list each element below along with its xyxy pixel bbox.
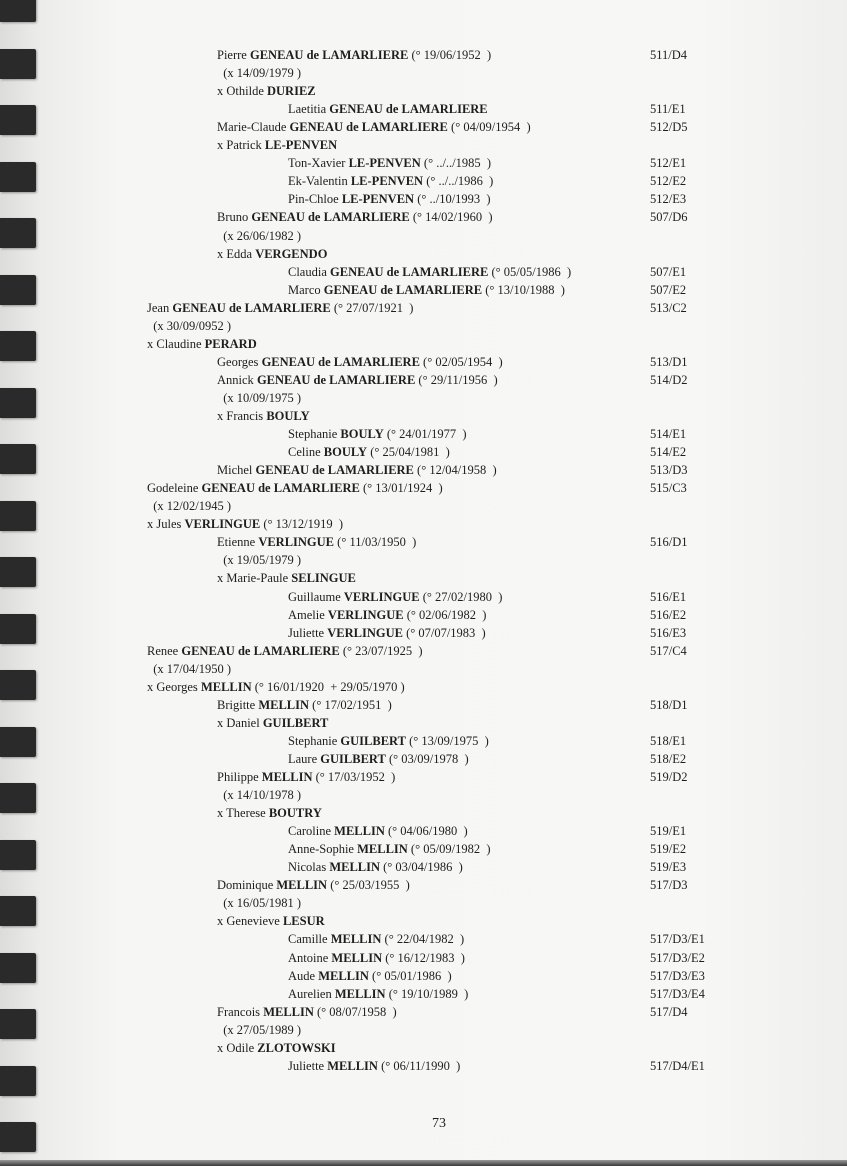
dates: (x 10/09/1975 ) bbox=[217, 391, 301, 405]
entry-text: Marco GENEAU de LAMARLIERE (° 13/10/1988… bbox=[288, 281, 565, 299]
dates: (° 13/10/1988 ) bbox=[482, 283, 565, 297]
entry-text: Godeleine GENEAU de LAMARLIERE (° 13/01/… bbox=[147, 479, 443, 497]
genealogy-entry: (x 19/05/1979 ) bbox=[0, 551, 847, 569]
entry-text: Ek-Valentin LE-PENVEN (° ../../1986 ) bbox=[288, 172, 493, 190]
given-name: Philippe bbox=[217, 770, 259, 784]
genealogy-entry: x Francis BOULY bbox=[0, 407, 847, 425]
entry-text: x Therese BOUTRY bbox=[217, 804, 322, 822]
dates: (x 17/04/1950 ) bbox=[147, 662, 231, 676]
entry-text: Philippe MELLIN (° 17/03/1952 ) bbox=[217, 768, 395, 786]
given-name: Juliette bbox=[288, 626, 324, 640]
dates: (° 04/09/1954 ) bbox=[448, 120, 531, 134]
genealogy-entry: (x 14/10/1978 ) bbox=[0, 786, 847, 804]
dates: (° 17/02/1951 ) bbox=[309, 698, 392, 712]
dates: (° 06/11/1990 ) bbox=[378, 1059, 460, 1073]
given-name: Stephanie bbox=[288, 734, 337, 748]
dates: (° 02/06/1982 ) bbox=[404, 608, 487, 622]
entry-text: x Francis BOULY bbox=[217, 407, 310, 425]
entry-text: x Georges MELLIN (° 16/01/1920 + 29/05/1… bbox=[147, 678, 405, 696]
surname: GENEAU de LAMARLIERE bbox=[172, 301, 330, 315]
given-name: Juliette bbox=[288, 1059, 324, 1073]
dates: (° ../../1986 ) bbox=[423, 174, 493, 188]
genealogy-entry: (x 16/05/1981 ) bbox=[0, 894, 847, 912]
surname: BOULY bbox=[324, 445, 367, 459]
entry-text: (x 26/06/1982 ) bbox=[217, 227, 301, 245]
dates: (x 30/09/0952 ) bbox=[147, 319, 231, 333]
genealogy-entry: (x 14/09/1979 ) bbox=[0, 64, 847, 82]
genealogy-entry: x Georges MELLIN (° 16/01/1920 + 29/05/1… bbox=[0, 678, 847, 696]
reference-code: 514/D2 bbox=[650, 371, 688, 389]
genealogy-entry: Marie-Claude GENEAU de LAMARLIERE (° 04/… bbox=[0, 118, 847, 136]
dates: (x 14/09/1979 ) bbox=[217, 66, 301, 80]
entry-text: Bruno GENEAU de LAMARLIERE (° 14/02/1960… bbox=[217, 208, 493, 226]
entry-text: Juliette VERLINGUE (° 07/07/1983 ) bbox=[288, 624, 486, 642]
genealogy-entry: Juliette VERLINGUE (° 07/07/1983 )516/E3 bbox=[0, 624, 847, 642]
given-name: Etienne bbox=[217, 535, 255, 549]
given-name: Antoine bbox=[288, 951, 328, 965]
genealogy-entry: Annick GENEAU de LAMARLIERE (° 29/11/195… bbox=[0, 371, 847, 389]
reference-code: 517/D3/E3 bbox=[650, 967, 705, 985]
genealogy-entry: Laure GUILBERT (° 03/09/1978 )518/E2 bbox=[0, 750, 847, 768]
document-page: Pierre GENEAU de LAMARLIERE (° 19/06/195… bbox=[0, 0, 847, 1166]
given-name: Stephanie bbox=[288, 427, 337, 441]
reference-code: 518/E1 bbox=[650, 732, 686, 750]
entry-text: Jean GENEAU de LAMARLIERE (° 27/07/1921 … bbox=[147, 299, 413, 317]
genealogy-entry: Anne-Sophie MELLIN (° 05/09/1982 )519/E2 bbox=[0, 840, 847, 858]
binding-ring bbox=[0, 0, 36, 22]
genealogy-entry: Bruno GENEAU de LAMARLIERE (° 14/02/1960… bbox=[0, 208, 847, 226]
entry-text: Aude MELLIN (° 05/01/1986 ) bbox=[288, 967, 452, 985]
genealogy-entry: Etienne VERLINGUE (° 11/03/1950 )516/D1 bbox=[0, 533, 847, 551]
entry-text: x Jules VERLINGUE (° 13/12/1919 ) bbox=[147, 515, 343, 533]
given-name: Georges bbox=[217, 355, 258, 369]
given-name: x Francis bbox=[217, 409, 263, 423]
surname: VERLINGUE bbox=[185, 517, 261, 531]
given-name: x Therese bbox=[217, 806, 266, 820]
entry-text: x Patrick LE-PENVEN bbox=[217, 136, 337, 154]
surname: MELLIN bbox=[331, 932, 382, 946]
surname: LE-PENVEN bbox=[349, 156, 421, 170]
page-number: 73 bbox=[432, 1116, 446, 1132]
reference-code: 514/E2 bbox=[650, 443, 686, 461]
given-name: Aurelien bbox=[288, 987, 332, 1001]
surname: MELLIN bbox=[327, 1059, 378, 1073]
genealogy-entry: Aude MELLIN (° 05/01/1986 )517/D3/E3 bbox=[0, 967, 847, 985]
genealogy-entry: x Marie-Paule SELINGUE bbox=[0, 569, 847, 587]
entry-text: (x 10/09/1975 ) bbox=[217, 389, 301, 407]
dates: (° 19/10/1989 ) bbox=[386, 987, 469, 1001]
genealogy-entry: Celine BOULY (° 25/04/1981 )514/E2 bbox=[0, 443, 847, 461]
surname: GENEAU de LAMARLIERE bbox=[202, 481, 360, 495]
given-name: x Daniel bbox=[217, 716, 260, 730]
entry-text: Caroline MELLIN (° 04/06/1980 ) bbox=[288, 822, 468, 840]
genealogy-entry: (x 17/04/1950 ) bbox=[0, 660, 847, 678]
dates: (° 03/09/1978 ) bbox=[386, 752, 469, 766]
genealogy-entry: Aurelien MELLIN (° 19/10/1989 )517/D3/E4 bbox=[0, 985, 847, 1003]
given-name: Pin-Chloe bbox=[288, 192, 339, 206]
given-name: x Jules bbox=[147, 517, 181, 531]
genealogy-entry: Nicolas MELLIN (° 03/04/1986 )519/E3 bbox=[0, 858, 847, 876]
genealogy-entry: Philippe MELLIN (° 17/03/1952 )519/D2 bbox=[0, 768, 847, 786]
dates: (° 04/06/1980 ) bbox=[385, 824, 468, 838]
reference-code: 517/C4 bbox=[650, 642, 687, 660]
given-name: x Genevieve bbox=[217, 914, 280, 928]
dates: (° 24/01/1977 ) bbox=[384, 427, 467, 441]
given-name: Nicolas bbox=[288, 860, 326, 874]
surname: GENEAU de LAMARLIERE bbox=[256, 463, 414, 477]
genealogy-entry: Claudia GENEAU de LAMARLIERE (° 05/05/19… bbox=[0, 263, 847, 281]
genealogy-entry: x Patrick LE-PENVEN bbox=[0, 136, 847, 154]
dates: (° 12/04/1958 ) bbox=[414, 463, 497, 477]
reference-code: 516/E2 bbox=[650, 606, 686, 624]
surname: MELLIN bbox=[329, 860, 380, 874]
dates: (° 29/11/1956 ) bbox=[415, 373, 497, 387]
entry-text: x Genevieve LESUR bbox=[217, 912, 325, 930]
entry-text: Pierre GENEAU de LAMARLIERE (° 19/06/195… bbox=[217, 46, 491, 64]
entry-text: Dominique MELLIN (° 25/03/1955 ) bbox=[217, 876, 410, 894]
reference-code: 514/E1 bbox=[650, 425, 686, 443]
given-name: Brigitte bbox=[217, 698, 255, 712]
surname: GUILBERT bbox=[340, 734, 406, 748]
given-name: Marie-Claude bbox=[217, 120, 286, 134]
surname: MELLIN bbox=[262, 770, 313, 784]
given-name: Claudia bbox=[288, 265, 327, 279]
genealogy-entry: Stephanie GUILBERT (° 13/09/1975 )518/E1 bbox=[0, 732, 847, 750]
entry-text: Ton-Xavier LE-PENVEN (° ../../1985 ) bbox=[288, 154, 491, 172]
surname: VERLINGUE bbox=[258, 535, 334, 549]
reference-code: 513/C2 bbox=[650, 299, 687, 317]
reference-code: 519/D2 bbox=[650, 768, 688, 786]
dates: (° 05/05/1986 ) bbox=[488, 265, 571, 279]
genealogy-entry: Guillaume VERLINGUE (° 27/02/1980 )516/E… bbox=[0, 588, 847, 606]
genealogy-entry: x Daniel GUILBERT bbox=[0, 714, 847, 732]
genealogy-entry: Renee GENEAU de LAMARLIERE (° 23/07/1925… bbox=[0, 642, 847, 660]
entry-text: x Claudine PERARD bbox=[147, 335, 257, 353]
surname: LESUR bbox=[283, 914, 325, 928]
genealogy-entry: Georges GENEAU de LAMARLIERE (° 02/05/19… bbox=[0, 353, 847, 371]
reference-code: 517/D4/E1 bbox=[650, 1057, 705, 1075]
given-name: Pierre bbox=[217, 48, 247, 62]
genealogy-entry: x Odile ZLOTOWSKI bbox=[0, 1039, 847, 1057]
given-name: Dominique bbox=[217, 878, 273, 892]
given-name: x Patrick bbox=[217, 138, 262, 152]
reference-code: 517/D3/E1 bbox=[650, 930, 705, 948]
surname: MELLIN bbox=[318, 969, 369, 983]
genealogy-entry: Stephanie BOULY (° 24/01/1977 )514/E1 bbox=[0, 425, 847, 443]
dates: (° 19/06/1952 ) bbox=[408, 48, 491, 62]
given-name: x Claudine bbox=[147, 337, 202, 351]
surname: MELLIN bbox=[357, 842, 408, 856]
entry-text: (x 14/09/1979 ) bbox=[217, 64, 301, 82]
surname: BOULY bbox=[340, 427, 383, 441]
surname: GENEAU de LAMARLIERE bbox=[262, 355, 420, 369]
binding-ring bbox=[0, 1122, 36, 1152]
genealogy-entry: (x 27/05/1989 ) bbox=[0, 1021, 847, 1039]
reference-code: 507/E2 bbox=[650, 281, 686, 299]
entry-text: Marie-Claude GENEAU de LAMARLIERE (° 04/… bbox=[217, 118, 531, 136]
dates: (x 12/02/1945 ) bbox=[147, 499, 231, 513]
dates: (° 13/12/1919 ) bbox=[260, 517, 343, 531]
genealogy-entry: Ton-Xavier LE-PENVEN (° ../../1985 )512/… bbox=[0, 154, 847, 172]
surname: GENEAU de LAMARLIERE bbox=[329, 102, 487, 116]
reference-code: 519/E1 bbox=[650, 822, 686, 840]
given-name: Celine bbox=[288, 445, 321, 459]
genealogy-entry: Caroline MELLIN (° 04/06/1980 )519/E1 bbox=[0, 822, 847, 840]
surname: GENEAU de LAMARLIERE bbox=[290, 120, 448, 134]
surname: VERLINGUE bbox=[344, 590, 420, 604]
given-name: Marco bbox=[288, 283, 321, 297]
dates: (° 27/07/1921 ) bbox=[331, 301, 414, 315]
surname: SELINGUE bbox=[291, 571, 356, 585]
surname: GUILBERT bbox=[320, 752, 386, 766]
genealogy-entry: Marco GENEAU de LAMARLIERE (° 13/10/1988… bbox=[0, 281, 847, 299]
surname: MELLIN bbox=[263, 1005, 314, 1019]
surname: LE-PENVEN bbox=[265, 138, 337, 152]
surname: LE-PENVEN bbox=[342, 192, 414, 206]
dates: (° 23/07/1925 ) bbox=[340, 644, 423, 658]
reference-code: 519/E3 bbox=[650, 858, 686, 876]
reference-code: 516/D1 bbox=[650, 533, 688, 551]
dates: (° 14/02/1960 ) bbox=[410, 210, 493, 224]
genealogy-entry: Juliette MELLIN (° 06/11/1990 )517/D4/E1 bbox=[0, 1057, 847, 1075]
surname: GENEAU de LAMARLIERE bbox=[330, 265, 488, 279]
given-name: Aude bbox=[288, 969, 315, 983]
reference-code: 518/E2 bbox=[650, 750, 686, 768]
genealogy-entry: Ek-Valentin LE-PENVEN (° ../../1986 )512… bbox=[0, 172, 847, 190]
entry-text: Juliette MELLIN (° 06/11/1990 ) bbox=[288, 1057, 460, 1075]
dates: (x 16/05/1981 ) bbox=[217, 896, 301, 910]
given-name: Ek-Valentin bbox=[288, 174, 348, 188]
genealogy-entry: Pin-Chloe LE-PENVEN (° ../10/1993 )512/E… bbox=[0, 190, 847, 208]
entry-text: Stephanie BOULY (° 24/01/1977 ) bbox=[288, 425, 467, 443]
entry-text: Camille MELLIN (° 22/04/1982 ) bbox=[288, 930, 464, 948]
dates: (° 03/04/1986 ) bbox=[380, 860, 463, 874]
reference-code: 517/D3/E2 bbox=[650, 949, 705, 967]
entry-text: Michel GENEAU de LAMARLIERE (° 12/04/195… bbox=[217, 461, 497, 479]
surname: LE-PENVEN bbox=[351, 174, 423, 188]
entry-text: x Odile ZLOTOWSKI bbox=[217, 1039, 336, 1057]
surname: MELLIN bbox=[276, 878, 327, 892]
entry-text: Antoine MELLIN (° 16/12/1983 ) bbox=[288, 949, 465, 967]
given-name: Caroline bbox=[288, 824, 331, 838]
genealogy-entry: x Genevieve LESUR bbox=[0, 912, 847, 930]
entry-text: x Othilde DURIEZ bbox=[217, 82, 316, 100]
entry-text: (x 12/02/1945 ) bbox=[147, 497, 231, 515]
genealogy-entry: (x 26/06/1982 ) bbox=[0, 227, 847, 245]
surname: MELLIN bbox=[334, 824, 385, 838]
entry-text: Stephanie GUILBERT (° 13/09/1975 ) bbox=[288, 732, 489, 750]
genealogy-entry: Godeleine GENEAU de LAMARLIERE (° 13/01/… bbox=[0, 479, 847, 497]
entry-text: Anne-Sophie MELLIN (° 05/09/1982 ) bbox=[288, 840, 491, 858]
given-name: Guillaume bbox=[288, 590, 341, 604]
dates: (° 11/03/1950 ) bbox=[334, 535, 416, 549]
surname: VERLINGUE bbox=[327, 626, 403, 640]
dates: (° 13/09/1975 ) bbox=[406, 734, 489, 748]
genealogy-entry: Camille MELLIN (° 22/04/1982 )517/D3/E1 bbox=[0, 930, 847, 948]
dates: (° 05/01/1986 ) bbox=[369, 969, 452, 983]
surname: ZLOTOWSKI bbox=[257, 1041, 335, 1055]
entry-text: x Edda VERGENDO bbox=[217, 245, 327, 263]
given-name: Annick bbox=[217, 373, 254, 387]
surname: VERLINGUE bbox=[328, 608, 404, 622]
entry-text: (x 17/04/1950 ) bbox=[147, 660, 231, 678]
genealogy-entry: Francois MELLIN (° 08/07/1958 )517/D4 bbox=[0, 1003, 847, 1021]
genealogy-entry: Michel GENEAU de LAMARLIERE (° 12/04/195… bbox=[0, 461, 847, 479]
given-name: Jean bbox=[147, 301, 169, 315]
surname: MELLIN bbox=[201, 680, 252, 694]
entry-text: Laure GUILBERT (° 03/09/1978 ) bbox=[288, 750, 469, 768]
given-name: x Odile bbox=[217, 1041, 254, 1055]
entry-text: (x 27/05/1989 ) bbox=[217, 1021, 301, 1039]
surname: PERARD bbox=[205, 337, 257, 351]
reference-code: 516/E1 bbox=[650, 588, 686, 606]
entry-text: Brigitte MELLIN (° 17/02/1951 ) bbox=[217, 696, 392, 714]
given-name: Godeleine bbox=[147, 481, 198, 495]
surname: MELLIN bbox=[335, 987, 386, 1001]
given-name: x Marie-Paule bbox=[217, 571, 288, 585]
entry-text: x Marie-Paule SELINGUE bbox=[217, 569, 356, 587]
genealogy-entry: (x 30/09/0952 ) bbox=[0, 317, 847, 335]
reference-code: 507/D6 bbox=[650, 208, 688, 226]
entry-text: Laetitia GENEAU de LAMARLIERE bbox=[288, 100, 488, 118]
surname: GENEAU de LAMARLIERE bbox=[257, 373, 415, 387]
surname: BOULY bbox=[266, 409, 309, 423]
surname: BOUTRY bbox=[269, 806, 322, 820]
dates: (x 27/05/1989 ) bbox=[217, 1023, 301, 1037]
genealogy-entry: (x 12/02/1945 ) bbox=[0, 497, 847, 515]
dates: (° 08/07/1958 ) bbox=[314, 1005, 397, 1019]
entry-text: (x 30/09/0952 ) bbox=[147, 317, 231, 335]
given-name: Renee bbox=[147, 644, 178, 658]
entry-text: Etienne VERLINGUE (° 11/03/1950 ) bbox=[217, 533, 416, 551]
entry-text: Amelie VERLINGUE (° 02/06/1982 ) bbox=[288, 606, 486, 624]
surname: GENEAU de LAMARLIERE bbox=[250, 48, 408, 62]
genealogy-entry: Amelie VERLINGUE (° 02/06/1982 )516/E2 bbox=[0, 606, 847, 624]
genealogy-entry: x Edda VERGENDO bbox=[0, 245, 847, 263]
reference-code: 516/E3 bbox=[650, 624, 686, 642]
surname: GUILBERT bbox=[263, 716, 329, 730]
genealogy-entry: Pierre GENEAU de LAMARLIERE (° 19/06/195… bbox=[0, 46, 847, 64]
dates: (° 02/05/1954 ) bbox=[420, 355, 503, 369]
given-name: x Georges bbox=[147, 680, 198, 694]
reference-code: 515/C3 bbox=[650, 479, 687, 497]
given-name: Laure bbox=[288, 752, 317, 766]
dates: (x 19/05/1979 ) bbox=[217, 553, 301, 567]
entry-text: (x 19/05/1979 ) bbox=[217, 551, 301, 569]
dates: (° 22/04/1982 ) bbox=[381, 932, 464, 946]
reference-code: 519/E2 bbox=[650, 840, 686, 858]
given-name: Camille bbox=[288, 932, 328, 946]
entry-text: Renee GENEAU de LAMARLIERE (° 23/07/1925… bbox=[147, 642, 423, 660]
entry-text: Claudia GENEAU de LAMARLIERE (° 05/05/19… bbox=[288, 263, 571, 281]
surname: GENEAU de LAMARLIERE bbox=[324, 283, 482, 297]
dates: (° ../../1985 ) bbox=[421, 156, 491, 170]
dates: (° 27/02/1980 ) bbox=[420, 590, 503, 604]
page-bottom-edge bbox=[0, 1160, 847, 1166]
entry-text: Nicolas MELLIN (° 03/04/1986 ) bbox=[288, 858, 463, 876]
given-name: Laetitia bbox=[288, 102, 326, 116]
genealogy-entry: x Therese BOUTRY bbox=[0, 804, 847, 822]
entry-text: x Daniel GUILBERT bbox=[217, 714, 328, 732]
genealogy-entry: Antoine MELLIN (° 16/12/1983 )517/D3/E2 bbox=[0, 949, 847, 967]
dates: (° 16/01/1920 + 29/05/1970 ) bbox=[252, 680, 405, 694]
genealogy-entry: x Jules VERLINGUE (° 13/12/1919 ) bbox=[0, 515, 847, 533]
surname: DURIEZ bbox=[267, 84, 316, 98]
dates: (° 16/12/1983 ) bbox=[382, 951, 465, 965]
surname: GENEAU de LAMARLIERE bbox=[181, 644, 339, 658]
reference-code: 512/E3 bbox=[650, 190, 686, 208]
entry-text: Georges GENEAU de LAMARLIERE (° 02/05/19… bbox=[217, 353, 503, 371]
entry-text: Francois MELLIN (° 08/07/1958 ) bbox=[217, 1003, 397, 1021]
genealogy-entry: (x 10/09/1975 ) bbox=[0, 389, 847, 407]
reference-code: 512/E2 bbox=[650, 172, 686, 190]
dates: (° 05/09/1982 ) bbox=[408, 842, 491, 856]
given-name: Anne-Sophie bbox=[288, 842, 354, 856]
reference-code: 517/D3 bbox=[650, 876, 688, 894]
genealogy-entry: Laetitia GENEAU de LAMARLIERE511/E1 bbox=[0, 100, 847, 118]
reference-code: 517/D3/E4 bbox=[650, 985, 705, 1003]
entry-text: (x 16/05/1981 ) bbox=[217, 894, 301, 912]
genealogy-entry: x Claudine PERARD bbox=[0, 335, 847, 353]
reference-code: 517/D4 bbox=[650, 1003, 688, 1021]
entry-text: Pin-Chloe LE-PENVEN (° ../10/1993 ) bbox=[288, 190, 491, 208]
given-name: x Edda bbox=[217, 247, 252, 261]
entry-text: Aurelien MELLIN (° 19/10/1989 ) bbox=[288, 985, 468, 1003]
reference-code: 513/D1 bbox=[650, 353, 688, 371]
entry-text: Celine BOULY (° 25/04/1981 ) bbox=[288, 443, 450, 461]
dates: (° 07/07/1983 ) bbox=[403, 626, 486, 640]
entry-text: Guillaume VERLINGUE (° 27/02/1980 ) bbox=[288, 588, 502, 606]
dates: (° 13/01/1924 ) bbox=[360, 481, 443, 495]
dates: (x 26/06/1982 ) bbox=[217, 229, 301, 243]
surname: MELLIN bbox=[331, 951, 382, 965]
genealogy-entry: Brigitte MELLIN (° 17/02/1951 )518/D1 bbox=[0, 696, 847, 714]
given-name: Bruno bbox=[217, 210, 248, 224]
given-name: Ton-Xavier bbox=[288, 156, 345, 170]
dates: (° 17/03/1952 ) bbox=[313, 770, 396, 784]
given-name: Francois bbox=[217, 1005, 260, 1019]
surname: MELLIN bbox=[258, 698, 309, 712]
dates: (x 14/10/1978 ) bbox=[217, 788, 301, 802]
reference-code: 507/E1 bbox=[650, 263, 686, 281]
genealogy-entry: Dominique MELLIN (° 25/03/1955 )517/D3 bbox=[0, 876, 847, 894]
surname: GENEAU de LAMARLIERE bbox=[251, 210, 409, 224]
dates: (° 25/03/1955 ) bbox=[327, 878, 410, 892]
reference-code: 511/D4 bbox=[650, 46, 687, 64]
reference-code: 518/D1 bbox=[650, 696, 688, 714]
genealogy-entry: Jean GENEAU de LAMARLIERE (° 27/07/1921 … bbox=[0, 299, 847, 317]
surname: VERGENDO bbox=[255, 247, 327, 261]
given-name: Michel bbox=[217, 463, 252, 477]
reference-code: 511/E1 bbox=[650, 100, 686, 118]
genealogy-entry: x Othilde DURIEZ bbox=[0, 82, 847, 100]
dates: (° 25/04/1981 ) bbox=[367, 445, 450, 459]
reference-code: 512/D5 bbox=[650, 118, 688, 136]
given-name: x Othilde bbox=[217, 84, 264, 98]
entry-text: (x 14/10/1978 ) bbox=[217, 786, 301, 804]
dates: (° ../10/1993 ) bbox=[414, 192, 491, 206]
reference-code: 513/D3 bbox=[650, 461, 688, 479]
given-name: Amelie bbox=[288, 608, 325, 622]
entry-text: Annick GENEAU de LAMARLIERE (° 29/11/195… bbox=[217, 371, 498, 389]
reference-code: 512/E1 bbox=[650, 154, 686, 172]
